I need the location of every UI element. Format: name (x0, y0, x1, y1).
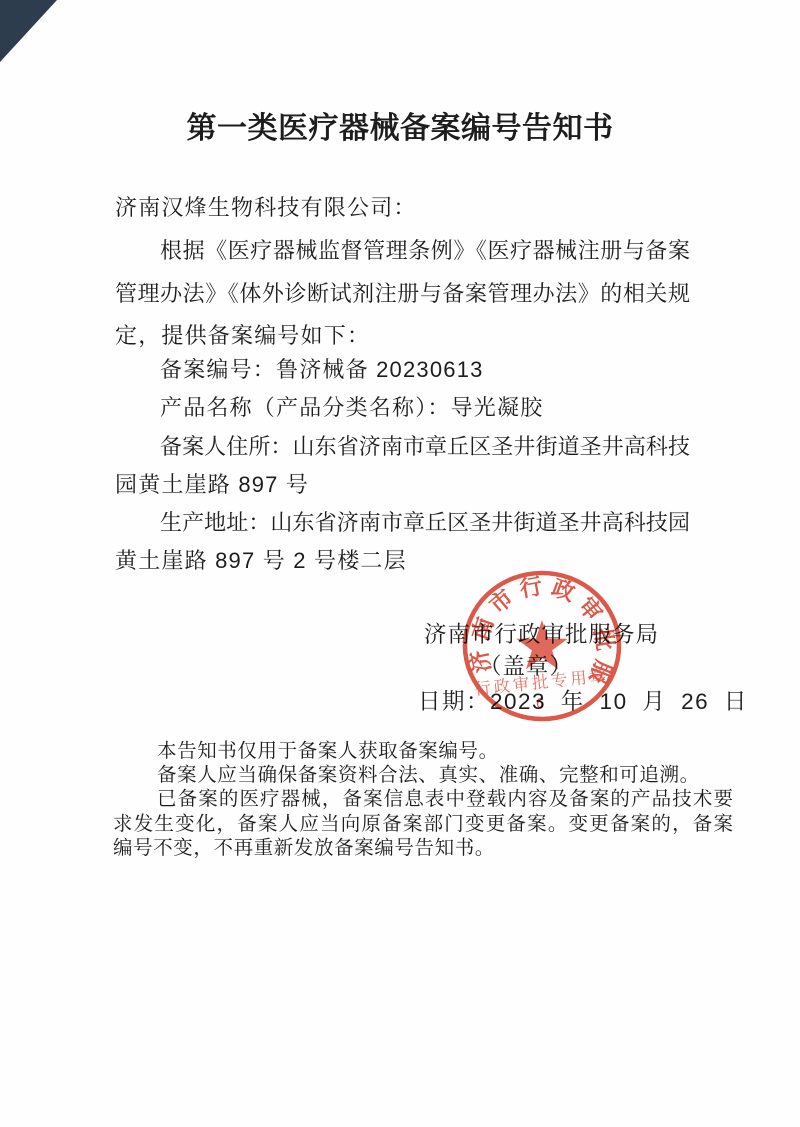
official-seal: 济南市行政审批服务局 行政审批专用章 6 (460, 566, 624, 724)
note-line: 本告知书仅用于备案人获取备案编号。 (113, 739, 733, 763)
body-line: 根据《医疗器械监督管理条例》《医疗器械注册与备案 (115, 238, 690, 264)
note-line: 已备案的医疗器械，备案信息表中登载内容及备案的产品技术要 (113, 787, 733, 811)
document-page: 第一类医疗器械备案编号告知书 济南汉烽生物科技有限公司： 根据《医疗器械监督管理… (0, 0, 800, 1127)
production-address-line: 生产地址：山东省济南市章丘区圣井街道圣井高科技园 (115, 510, 690, 536)
note-line: 求发生变化，备案人应当向原备案部门变更备案。变更备案的，备案 (113, 812, 733, 836)
note-line: 备案人应当确保备案资料合法、真实、准确、完整和可追溯。 (113, 763, 733, 787)
page-corner-fold (0, 0, 57, 62)
recipient-line: 济南汉烽生物科技有限公司： (115, 195, 690, 221)
body-line: 管理办法》《体外诊断试剂注册与备案管理办法》的相关规 (115, 281, 690, 307)
registrant-address-line: 园黄土崖路 897 号 (115, 472, 690, 498)
footer-notes: 本告知书仅用于备案人获取备案编号。 备案人应当确保备案资料合法、真实、准确、完整… (113, 739, 733, 860)
document-title: 第一类医疗器械备案编号告知书 (0, 103, 800, 147)
registrant-address-line: 备案人住所：山东省济南市章丘区圣井街道圣井高科技 (115, 434, 690, 460)
seal-star-icon (516, 620, 568, 669)
body-line: 定，提供备案编号如下： (115, 323, 690, 349)
note-line: 编号不变，不再重新发放备案编号告知书。 (113, 836, 733, 860)
product-name-line: 产品名称（产品分类名称）：导光凝胶 (115, 395, 690, 421)
filing-number-line: 备案编号：鲁济械备 20230613 (115, 357, 690, 383)
seal-number: 6 (536, 695, 544, 712)
